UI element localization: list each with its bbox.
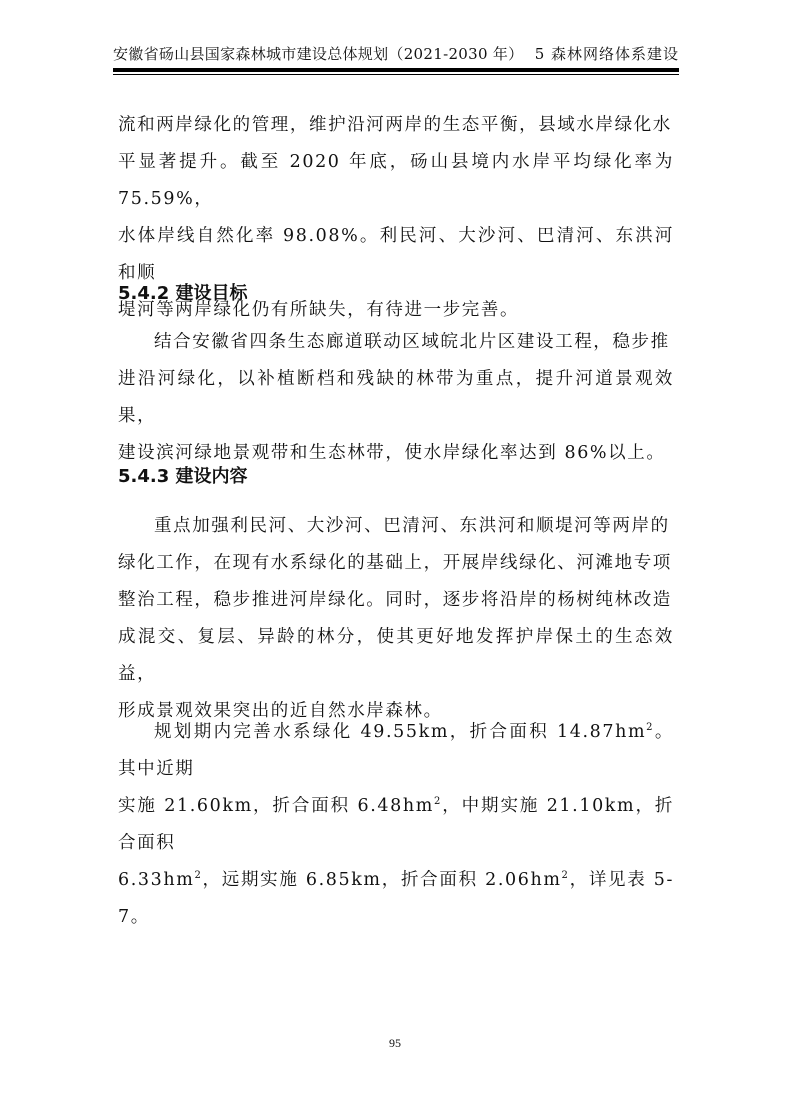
header-rule-thin <box>113 74 679 75</box>
text-line: 水体岸线自然化率 98.08%。利民河、大沙河、巴清河、东洪河和顺 <box>118 218 674 292</box>
text-line: 绿化工作，在现有水系绿化的基础上，开展岸线绿化、河滩地专项 <box>118 545 674 582</box>
text-span: 6.33hm <box>118 870 194 890</box>
content-paragraph-2: 规划期内完善水系绿化 49.55km，折合面积 14.87hm2。其中近期 实施… <box>118 714 674 936</box>
superscript: 2 <box>646 722 654 733</box>
text-line: 成混交、复层、异龄的林分，使其更好地发挥护岸保土的生态效益， <box>118 619 674 693</box>
text-span: ，远期实施 6.85km，折合面积 2.06hm <box>202 870 561 890</box>
content-paragraph-1: 重点加强利民河、大沙河、巴清河、东洪河和顺堤河等两岸的 绿化工作，在现有水系绿化… <box>118 508 674 730</box>
text-line: 结合安徽省四条生态廊道联动区域皖北片区建设工程，稳步推 <box>118 324 674 361</box>
text-line: 流和两岸绿化的管理，维护沿河两岸的生态平衡，县域水岸绿化水 <box>118 107 674 144</box>
section-heading-content: 5.4.3 建设内容 <box>118 465 248 489</box>
text-line: 实施 21.60km，折合面积 6.48hm2，中期实施 21.10km，折合面… <box>118 788 674 862</box>
document-title: 安徽省砀山县国家森林城市建设总体规划（2021-2030 年） <box>113 44 524 64</box>
chapter-title: 5 森林网络体系建设 <box>535 44 679 64</box>
page-header: 安徽省砀山县国家森林城市建设总体规划（2021-2030 年） 5 森林网络体系… <box>113 44 679 64</box>
text-line: 6.33hm2，远期实施 6.85km，折合面积 2.06hm2，详见表 5-7… <box>118 862 674 936</box>
header-rule-thick <box>113 68 679 72</box>
text-span: 规划期内完善水系绿化 49.55km，折合面积 14.87hm <box>154 722 646 742</box>
text-span: 实施 21.60km，折合面积 6.48hm <box>118 796 434 816</box>
page-number: 95 <box>0 1036 790 1051</box>
superscript: 2 <box>434 796 442 807</box>
text-line: 进沿河绿化，以补植断档和残缺的林带为重点，提升河道景观效果， <box>118 361 674 435</box>
text-line: 规划期内完善水系绿化 49.55km，折合面积 14.87hm2。其中近期 <box>118 714 674 788</box>
superscript: 2 <box>562 870 570 881</box>
goal-paragraph: 结合安徽省四条生态廊道联动区域皖北片区建设工程，稳步推 进沿河绿化，以补植断档和… <box>118 324 674 472</box>
text-line: 整治工程，稳步推进河岸绿化。同时，逐步将沿岸的杨树纯林改造 <box>118 582 674 619</box>
text-line: 重点加强利民河、大沙河、巴清河、东洪河和顺堤河等两岸的 <box>118 508 674 545</box>
text-line: 平显著提升。截至 2020 年底，砀山县境内水岸平均绿化率为 75.59%， <box>118 144 674 218</box>
section-heading-goal: 5.4.2 建设目标 <box>118 282 248 306</box>
